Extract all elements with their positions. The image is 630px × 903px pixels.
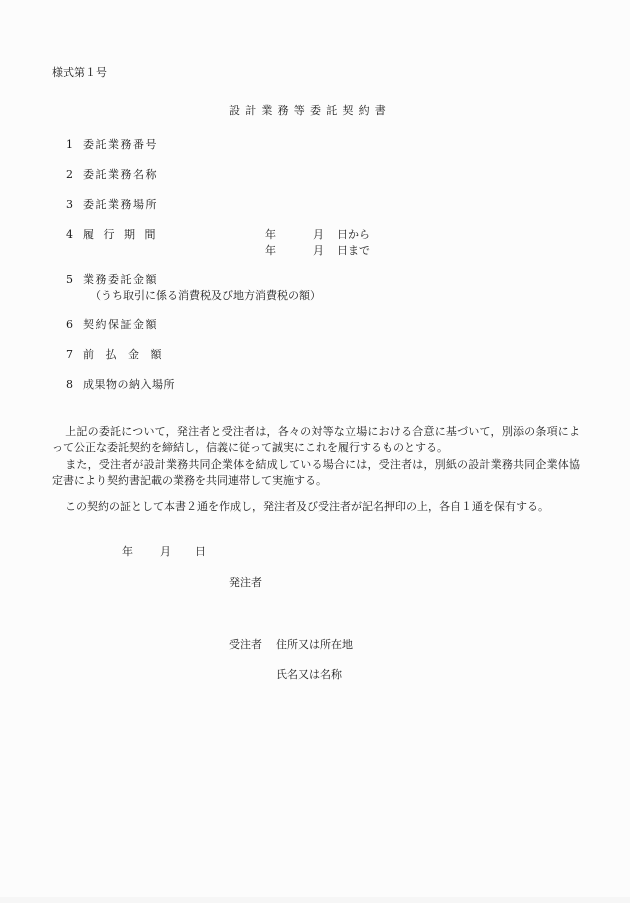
paragraph-text: 上記の委託について，発注者と受注者は，各々の対等な立場における合意に基づいて，別… [52,425,580,454]
item-label-contract-location: 委託業務場所 [83,198,158,212]
item-label-security-deposit: 契約保証金額 [83,318,158,332]
signing-date-year: 年 [122,545,133,559]
item-row-7: 7 前 払 金 額 [0,348,630,362]
signing-date-month: 月 [160,545,171,559]
item-number: 6 [66,318,73,332]
item-row-6: 6 契約保証金額 [0,318,630,332]
item-number: 4 [66,228,73,242]
item-number: 3 [66,198,73,212]
period-to-month: 月 [313,244,324,258]
paragraph-copies: この契約の証として本書２通を作成し，発注者及び受注者が記名押印の上，各自１通を保… [52,499,580,515]
item-label-advance-payment: 前 払 金 額 [83,348,166,362]
item-number: 8 [66,378,73,392]
signing-date-day: 日 [195,545,206,559]
item-row-1: 1 委託業務番号 [0,138,630,152]
item-row-2: 2 委託業務名称 [0,168,630,182]
document-title: 設計業務等委託契約書 [229,104,391,118]
paragraph-text: また，受注者が設計業務共同企業体を結成している場合には，受注者は，別紙の設計業務… [52,458,580,487]
item-label-performance-period: 履 行 期 間 [83,228,159,242]
contract-page: 様式第１号 設計業務等委託契約書 1 委託業務番号 2 委託業務名称 3 委託業… [0,0,630,897]
contractor-address-label: 住所又は所在地 [276,638,353,652]
period-from-year: 年 [265,228,276,242]
item-number: 5 [66,273,73,287]
contractor-label: 受注者 [229,638,262,652]
paragraph-text: この契約の証として本書２通を作成し，発注者及び受注者が記名押印の上，各自１通を保… [65,500,549,513]
item-number: 7 [66,348,73,362]
form-number: 様式第１号 [52,66,107,80]
item-row-4: 4 履 行 期 間 年 月 日から 年 月 日まで [0,228,630,260]
period-to-year: 年 [265,244,276,258]
period-from-day: 日から [337,228,370,242]
period-from-month: 月 [313,228,324,242]
item-number: 1 [66,138,73,152]
item-label-contract-name: 委託業務名称 [83,168,158,182]
page-bottom-edge [0,897,630,903]
item-row-8: 8 成果物の納入場所 [0,378,630,392]
item-label-contract-number: 委託業務番号 [83,138,158,152]
paragraph-joint-venture: また，受注者が設計業務共同企業体を結成している場合には，受注者は，別紙の設計業務… [52,457,580,490]
orderer-label: 発注者 [229,576,262,590]
paragraph-agreement: 上記の委託について，発注者と受注者は，各々の対等な立場における合意に基づいて，別… [52,424,580,457]
contractor-name-label: 氏名又は名称 [276,668,342,682]
item-row-5: 5 業務委託金額 （うち取引に係る消費税及び地方消費税の額） [0,273,630,305]
item-row-3: 3 委託業務場所 [0,198,630,212]
period-to-day: 日まで [337,244,370,258]
item-label-delivery-location: 成果物の納入場所 [83,378,175,392]
item-sub-tax-amount: （うち取引に係る消費税及び地方消費税の額） [90,289,321,303]
item-label-contract-amount: 業務委託金額 [83,273,158,287]
item-number: 2 [66,168,73,182]
